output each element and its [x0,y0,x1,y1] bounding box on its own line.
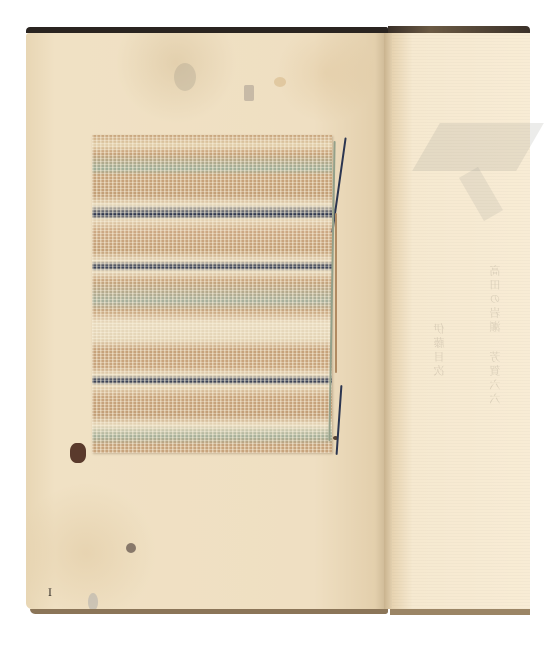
paper-stain [244,85,254,101]
left-page: I [26,33,386,609]
paper-stain [174,63,196,91]
fabric-weave-texture [92,135,332,453]
show-through-illustration-arm [459,167,503,221]
paper-stain [70,443,86,463]
open-book: I 伊藤 目次 高田の岩瀬 芳賀六六 [26,27,530,617]
fabric-swatch [92,135,332,453]
book-gutter [384,33,392,609]
show-through-text: 伊藤 [432,323,448,351]
show-through-text: 目次 [432,351,448,379]
paper-stain [126,543,136,553]
book-cover-bottom-edge [30,609,388,614]
show-through-text: 芳賀六六 [488,351,504,407]
paper-stain [274,77,286,87]
page-number: I [48,588,52,599]
right-page: 伊藤 目次 高田の岩瀬 芳賀六六 [392,33,530,609]
book-cover-bottom-edge-right [390,609,530,615]
show-through-illustration [412,123,544,171]
loose-thread-tan [335,213,337,373]
book-cover-top-edge-right [388,26,530,33]
show-through-text: 高田の岩瀬 [488,265,504,335]
loose-thread-navy [336,385,343,455]
